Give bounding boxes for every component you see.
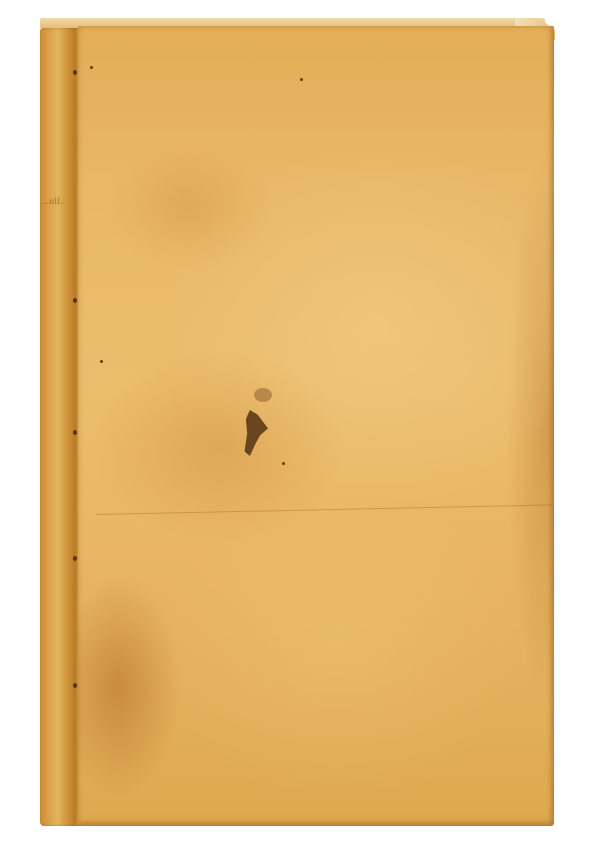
spine-faint-label: ..ull. [44, 196, 63, 206]
cover-stain-dark [242, 410, 268, 456]
book-spine: ..ull. [40, 28, 80, 826]
cover-stain-faint [254, 388, 272, 402]
cover-speck [282, 462, 285, 465]
spine-tie-hole [73, 430, 77, 435]
spine-tie-hole [73, 70, 77, 75]
cover-speck [300, 78, 303, 81]
photo-scene: ..ull. [0, 0, 600, 848]
cover-crease [96, 504, 554, 515]
spine-tie-hole [73, 683, 77, 688]
book-front-cover [78, 26, 554, 826]
spine-tie-hole [73, 298, 77, 303]
cover-speck [100, 360, 103, 363]
cover-speck [90, 66, 93, 69]
spine-tie-hole [73, 556, 77, 561]
